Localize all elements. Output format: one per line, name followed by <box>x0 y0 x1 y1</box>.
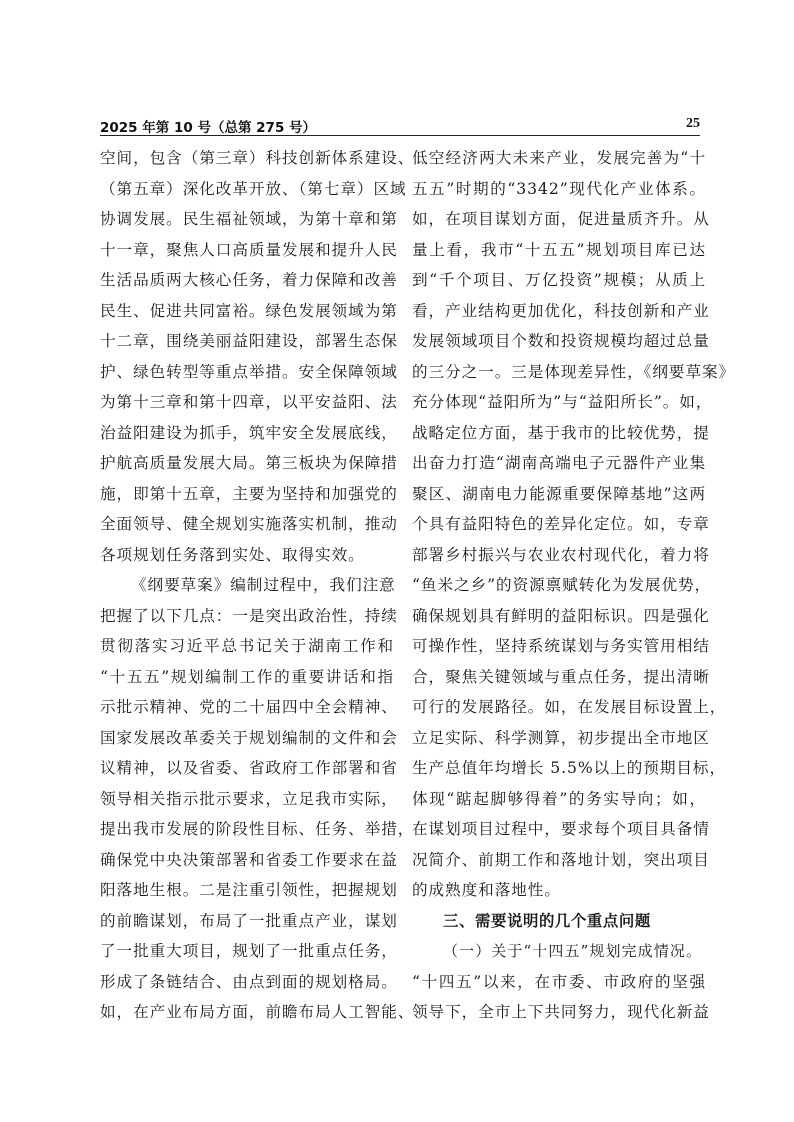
text-line: 治益阳建设为抓手，筑牢安全发展底线， <box>100 418 394 449</box>
text-line: 在谋划项目过程中，要求每个项目具备情 <box>412 814 706 845</box>
text-line: 况简介、前期工作和落地计划，突出项目 <box>412 845 706 876</box>
text-line: 确保规划具有鲜明的益阳标识。四是强化 <box>412 601 706 632</box>
text-line: 施，即第十五章，主要为坚持和加强党的 <box>100 479 394 510</box>
text-line: 协调发展。民生福祉领域，为第十章和第 <box>100 204 394 235</box>
text-line: 的前瞻谋划，布局了一批重点产业，谋划 <box>100 906 394 937</box>
text-line: 的成熟度和落地性。 <box>412 875 706 906</box>
text-line: 战略定位方面，基于我市的比较优势，提 <box>412 418 706 449</box>
text-line: 出奋力打造“湖南高端电子元器件产业集 <box>412 448 706 479</box>
text-line: 护、绿色转型等重点举措。安全保障领域 <box>100 357 394 388</box>
text-line: 可行的发展路径。如，在发展目标设置上， <box>412 692 706 723</box>
text-line: 看，产业结构更加优化，科技创新和产业 <box>412 296 706 327</box>
text-line: 如，在产业布局方面，前瞻布局人工智能、 <box>100 997 394 1028</box>
right-column: 低空经济两大未来产业，发展完善为“十 五五”时期的“3342”现代化产业体系。 … <box>412 143 706 1028</box>
text-line: 体现“踮起脚够得着”的务实导向；如， <box>412 784 706 815</box>
text-line: 可操作性，坚持系统谋划与务实管用相结 <box>412 631 706 662</box>
text-line: 五五”时期的“3342”现代化产业体系。 <box>412 174 706 205</box>
text-line: 护航高质量发展大局。第三板块为保障措 <box>100 448 394 479</box>
text-line: 充分体现“益阳所为”与“益阳所长”。如， <box>412 387 706 418</box>
text-line: 发展领域项目个数和投资规模均超过总量 <box>412 326 706 357</box>
text-line: 为第十三章和第十四章，以平安益阳、法 <box>100 387 394 418</box>
text-line: 生产总值年均增长 5.5%以上的预期目标， <box>412 753 706 784</box>
text-line: “十四五”以来，在市委、市政府的坚强 <box>412 967 706 998</box>
issue-label: 2025 年第 10 号（总第 275 号） <box>100 116 316 136</box>
running-header: 2025 年第 10 号（总第 275 号） 25 <box>100 116 700 136</box>
text-line: 到“千个项目、万亿投资”规模；从质上 <box>412 265 706 296</box>
text-line: 议精神，以及省委、省政府工作部署和省 <box>100 753 394 784</box>
text-line: 个具有益阳特色的差异化定位。如，专章 <box>412 509 706 540</box>
text-line: 如，在项目谋划方面，促进量质齐升。从 <box>412 204 706 235</box>
text-line: 合，聚焦关键领域与重点任务，提出清晰 <box>412 662 706 693</box>
text-line: 把握了以下几点：一是突出政治性，持续 <box>100 601 394 632</box>
text-line: 民生、促进共同富裕。绿色发展领域为第 <box>100 296 394 327</box>
text-line: 提出我市发展的阶段性目标、任务、举措， <box>100 814 394 845</box>
text-line: 全面领导、健全规划实施落实机制，推动 <box>100 509 394 540</box>
text-line: 形成了条链结合、由点到面的规划格局。 <box>100 967 394 998</box>
paragraph-start: 《纲要草案》编制过程中，我们注意 <box>100 570 394 601</box>
text-line: 贯彻落实习近平总书记关于湖南工作和 <box>100 631 394 662</box>
page-number: 25 <box>686 116 700 132</box>
text-line: 领导相关指示批示要求，立足我市实际， <box>100 784 394 815</box>
text-line: 阳落地生根。二是注重引领性，把握规划 <box>100 875 394 906</box>
text-line: （第五章）深化改革开放、（第七章）区域 <box>100 174 394 205</box>
text-line: “鱼米之乡”的资源禀赋转化为发展优势， <box>412 570 706 601</box>
text-line: 确保党中央决策部署和省委工作要求在益 <box>100 845 394 876</box>
text-line: 低空经济两大未来产业，发展完善为“十 <box>412 143 706 174</box>
text-line: 十二章，围绕美丽益阳建设，部署生态保 <box>100 326 394 357</box>
text-line: 空间，包含（第三章）科技创新体系建设、 <box>100 143 394 174</box>
text-line: “十五五”规划编制工作的重要讲话和指 <box>100 662 394 693</box>
text-line: 领导下，全市上下共同努力，现代化新益 <box>412 997 706 1028</box>
text-line: 十一章，聚焦人口高质量发展和提升人民 <box>100 235 394 266</box>
text-line: 立足实际、科学测算，初步提出全市地区 <box>412 723 706 754</box>
text-line: 了一批重大项目，规划了一批重点任务， <box>100 936 394 967</box>
text-line: 国家发展改革委关于规划编制的文件和会 <box>100 723 394 754</box>
subsection-heading: （一）关于“十四五”规划完成情况。 <box>412 936 706 967</box>
left-column: 空间，包含（第三章）科技创新体系建设、 （第五章）深化改革开放、（第七章）区域 … <box>100 143 394 1028</box>
header-rule <box>100 135 700 136</box>
text-line: 示批示精神、党的二十届四中全会精神、 <box>100 692 394 723</box>
text-line: 各项规划任务落到实处、取得实效。 <box>100 540 394 571</box>
text-line: 聚区、湖南电力能源重要保障基地”这两 <box>412 479 706 510</box>
text-line: 生活品质两大核心任务，着力保障和改善 <box>100 265 394 296</box>
text-line: 部署乡村振兴与农业农村现代化，着力将 <box>412 540 706 571</box>
text-line: 的三分之一。三是体现差异性，《纲要草案》 <box>412 357 706 388</box>
section-heading: 三、需要说明的几个重点问题 <box>412 906 706 937</box>
text-line: 量上看，我市“十五五”规划项目库已达 <box>412 235 706 266</box>
